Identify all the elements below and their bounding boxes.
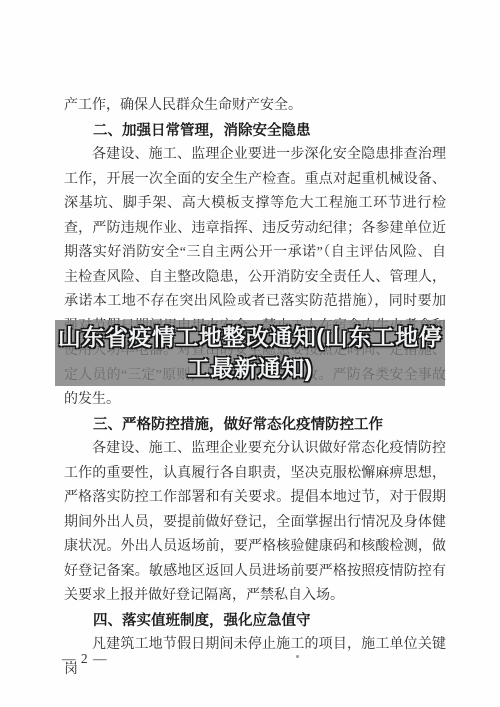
scanned-document-page: 产工作，确保人民群众生命财产安全。 二、加强日常管理，消除安全隐患 各建设、施工… <box>0 0 500 707</box>
overlay-title-banner: 山东省疫情工地整改通知(山东工地停工最新通知) <box>55 320 445 386</box>
doc-heading-section-3: 三、严格防控措施，做好常态化疫情防控工作 <box>64 413 446 438</box>
overlay-title: 山东省疫情工地整改通知(山东工地停工最新通知) <box>55 322 445 385</box>
doc-heading-section-2: 二、加强日常管理，消除安全隐患 <box>64 119 446 144</box>
doc-heading-section-4: 四、落实值班制度，强化应急值守 <box>64 609 446 634</box>
doc-paragraph-section-3: 各建设、施工、监理企业要充分认识做好常态化疫情防控工作的重要性，认真履行各自职责… <box>64 437 446 609</box>
doc-paragraph-continuation: 产工作，确保人民群众生命财产安全。 <box>64 94 446 119</box>
doc-paragraph-section-4: 凡建筑工地节假日期间未停止施工的项目，施工单位关键岗 <box>64 633 446 682</box>
document-body: 产工作，确保人民群众生命财产安全。 二、加强日常管理，消除安全隐患 各建设、施工… <box>64 94 446 682</box>
scan-speck <box>296 655 299 658</box>
page-number: — 2 — <box>62 651 108 667</box>
